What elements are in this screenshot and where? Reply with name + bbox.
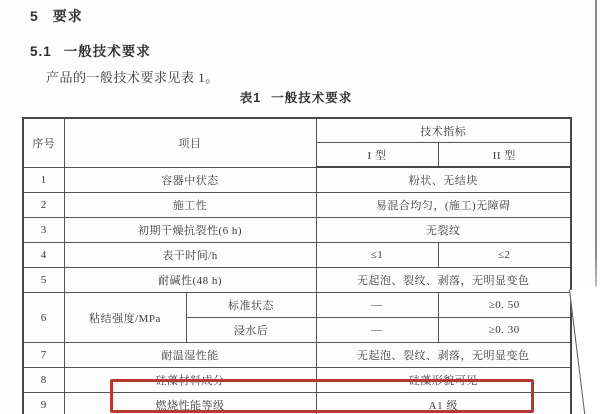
header-type2: II 型 — [438, 143, 571, 168]
row-item: 施工性 — [64, 193, 316, 218]
row-value: 无起泡、裂纹、剥落，无明显变色 — [316, 343, 571, 368]
table-header-row-1: 序号 项目 技术指标 — [23, 118, 571, 143]
table-row: 4 表干时间/h ≤1 ≤2 — [23, 243, 571, 268]
page-edge-line — [595, 0, 597, 335]
subsection-heading: 5.1一般技术要求 — [30, 40, 151, 60]
table-row: 3 初期干燥抗裂性(6 h) 无裂纹 — [23, 218, 571, 243]
row-value: 无裂纹 — [316, 218, 571, 243]
row-type1-value: — — [316, 318, 438, 343]
table-caption: 表1一般技术要求 — [22, 88, 570, 106]
row-item: 初期干燥抗裂性(6 h) — [64, 218, 316, 243]
general-requirements-table: 序号 项目 技术指标 I 型 II 型 1 容器中状态 粉状、无结块 2 施工性… — [22, 117, 572, 414]
row-type1-value: — — [316, 293, 438, 318]
red-highlight-annotation — [110, 379, 534, 413]
table-caption-number: 表1 — [240, 91, 261, 105]
row-substate: 标准状态 — [186, 293, 316, 318]
row-no: 4 — [23, 243, 64, 268]
row-no: 7 — [23, 343, 64, 368]
row-type2-value: ≥0. 30 — [438, 318, 571, 343]
row-type2-value: ≤2 — [438, 243, 571, 268]
row-item: 表干时间/h — [64, 243, 316, 268]
document-page: 5要求 5.1一般技术要求 产品的一般技术要求见表 1。 表1一般技术要求 序号… — [0, 0, 600, 414]
table-row: 6 粘结强度/MPa 标准状态 — ≥0. 50 — [23, 293, 571, 318]
subsection-number: 5.1 — [30, 44, 52, 59]
table-caption-title: 一般技术要求 — [271, 91, 352, 105]
row-type2-value: ≥0. 50 — [438, 293, 571, 318]
header-no: 序号 — [23, 118, 64, 167]
row-item: 耐温湿性能 — [64, 343, 316, 368]
row-type1-value: ≤1 — [316, 243, 438, 268]
table-row: 7 耐温湿性能 无起泡、裂纹、剥落，无明显变色 — [23, 343, 571, 368]
row-no: 5 — [23, 268, 64, 293]
row-no: 2 — [23, 193, 64, 218]
row-no: 3 — [23, 218, 64, 243]
table-row: 5 耐碱性(48 h) 无起泡、裂纹、剥落，无明显变色 — [23, 268, 571, 293]
table-row: 1 容器中状态 粉状、无结块 — [23, 167, 571, 193]
row-no: 9 — [23, 393, 64, 414]
subsection-title: 一般技术要求 — [64, 44, 151, 59]
row-item: 容器中状态 — [64, 167, 316, 193]
section-number: 5 — [30, 8, 39, 24]
intro-paragraph: 产品的一般技术要求见表 1。 — [46, 67, 219, 86]
header-type1: I 型 — [316, 143, 438, 168]
row-value: 粉状、无结块 — [316, 167, 571, 193]
row-no: 8 — [23, 368, 64, 393]
row-no: 1 — [23, 167, 64, 193]
row-item: 耐碱性(48 h) — [64, 268, 316, 293]
header-item: 项目 — [64, 118, 316, 167]
table-row: 2 施工性 易混合均匀，(施工)无障碍 — [23, 193, 571, 218]
row-item: 粘结强度/MPa — [64, 293, 186, 343]
row-substate: 浸水后 — [186, 318, 316, 343]
row-value: 易混合均匀，(施工)无障碍 — [316, 193, 571, 218]
row-no: 6 — [23, 293, 64, 343]
page-curl — [569, 284, 600, 414]
row-value: 无起泡、裂纹、剥落，无明显变色 — [316, 268, 571, 293]
section-title: 要求 — [53, 8, 83, 24]
section-heading: 5要求 — [30, 6, 83, 26]
header-spec: 技术指标 — [316, 118, 571, 143]
